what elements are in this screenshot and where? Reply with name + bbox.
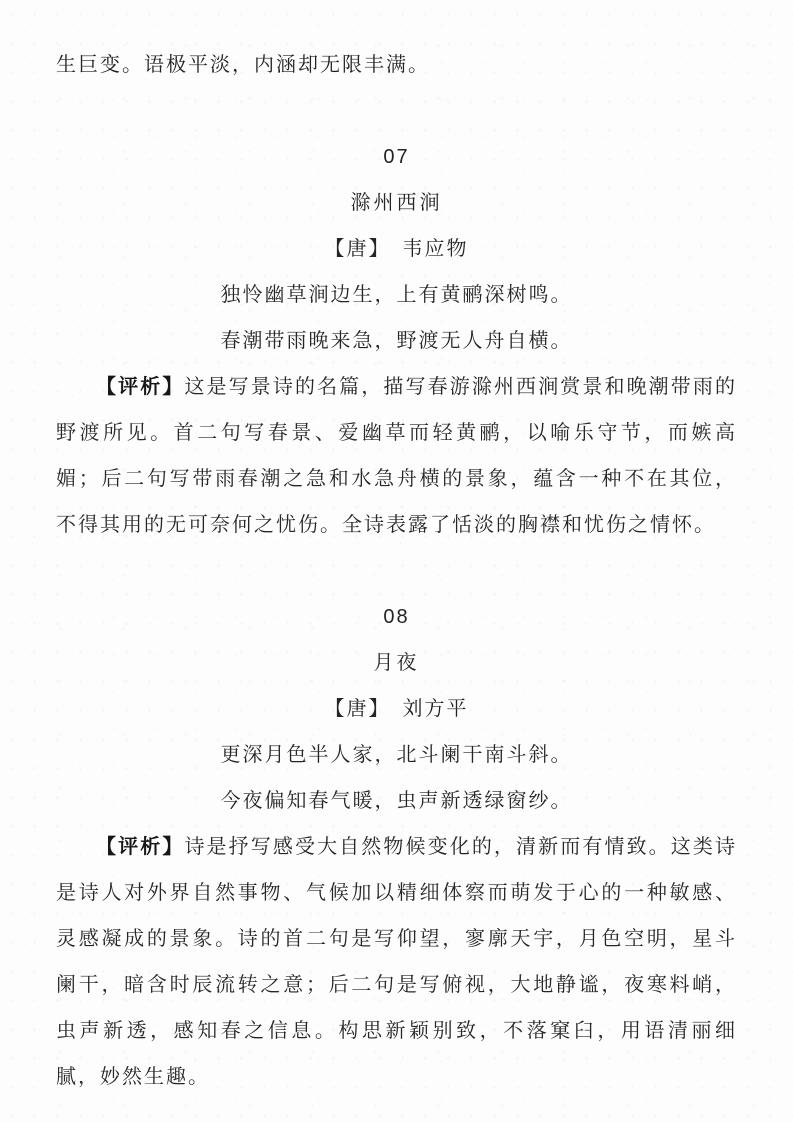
poem-line: 今夜偏知春气暖，虫声新透绿窗纱。: [56, 778, 737, 824]
poem-section-07: 07 滁州西涧 【唐】 韦应物 独怜幽草涧边生，上有黄鹂深树鸣。 春潮带雨晚来急…: [56, 134, 737, 548]
document-page: 生巨变。语极平淡，内涵却无限丰满。 07 滁州西涧 【唐】 韦应物 独怜幽草涧边…: [0, 0, 793, 1122]
analysis-label: 【评析】: [96, 376, 184, 398]
analysis-label: 【评析】: [96, 836, 184, 858]
poem-line: 独怜幽草涧边生，上有黄鹂深树鸣。: [56, 272, 737, 318]
analysis-text: 诗是抒写感受大自然物候变化的，清新而有情致。这类诗是诗人对外界自然事物、气候加以…: [56, 836, 737, 1088]
poem-line: 更深月色半人家，北斗阑干南斗斜。: [56, 732, 737, 778]
intro-text: 生巨变。语极平淡，内涵却无限丰满。: [56, 42, 737, 88]
section-number: 08: [56, 594, 737, 640]
analysis-text: 这是写景诗的名篇，描写春游滁州西涧赏景和晚潮带雨的野渡所见。首二句写春景、爱幽草…: [56, 376, 737, 536]
poem-analysis: 【评析】这是写景诗的名篇，描写春游滁州西涧赏景和晚潮带雨的野渡所见。首二句写春景…: [56, 364, 737, 548]
poem-title: 滁州西涧: [56, 180, 737, 226]
poem-section-08: 08 月夜 【唐】 刘方平 更深月色半人家，北斗阑干南斗斜。 今夜偏知春气暖，虫…: [56, 594, 737, 1100]
section-number: 07: [56, 134, 737, 180]
poem-author: 【唐】 韦应物: [56, 226, 737, 272]
poem-line: 春潮带雨晚来急，野渡无人舟自横。: [56, 318, 737, 364]
poem-author: 【唐】 刘方平: [56, 686, 737, 732]
poem-analysis: 【评析】诗是抒写感受大自然物候变化的，清新而有情致。这类诗是诗人对外界自然事物、…: [56, 824, 737, 1100]
poem-title: 月夜: [56, 640, 737, 686]
